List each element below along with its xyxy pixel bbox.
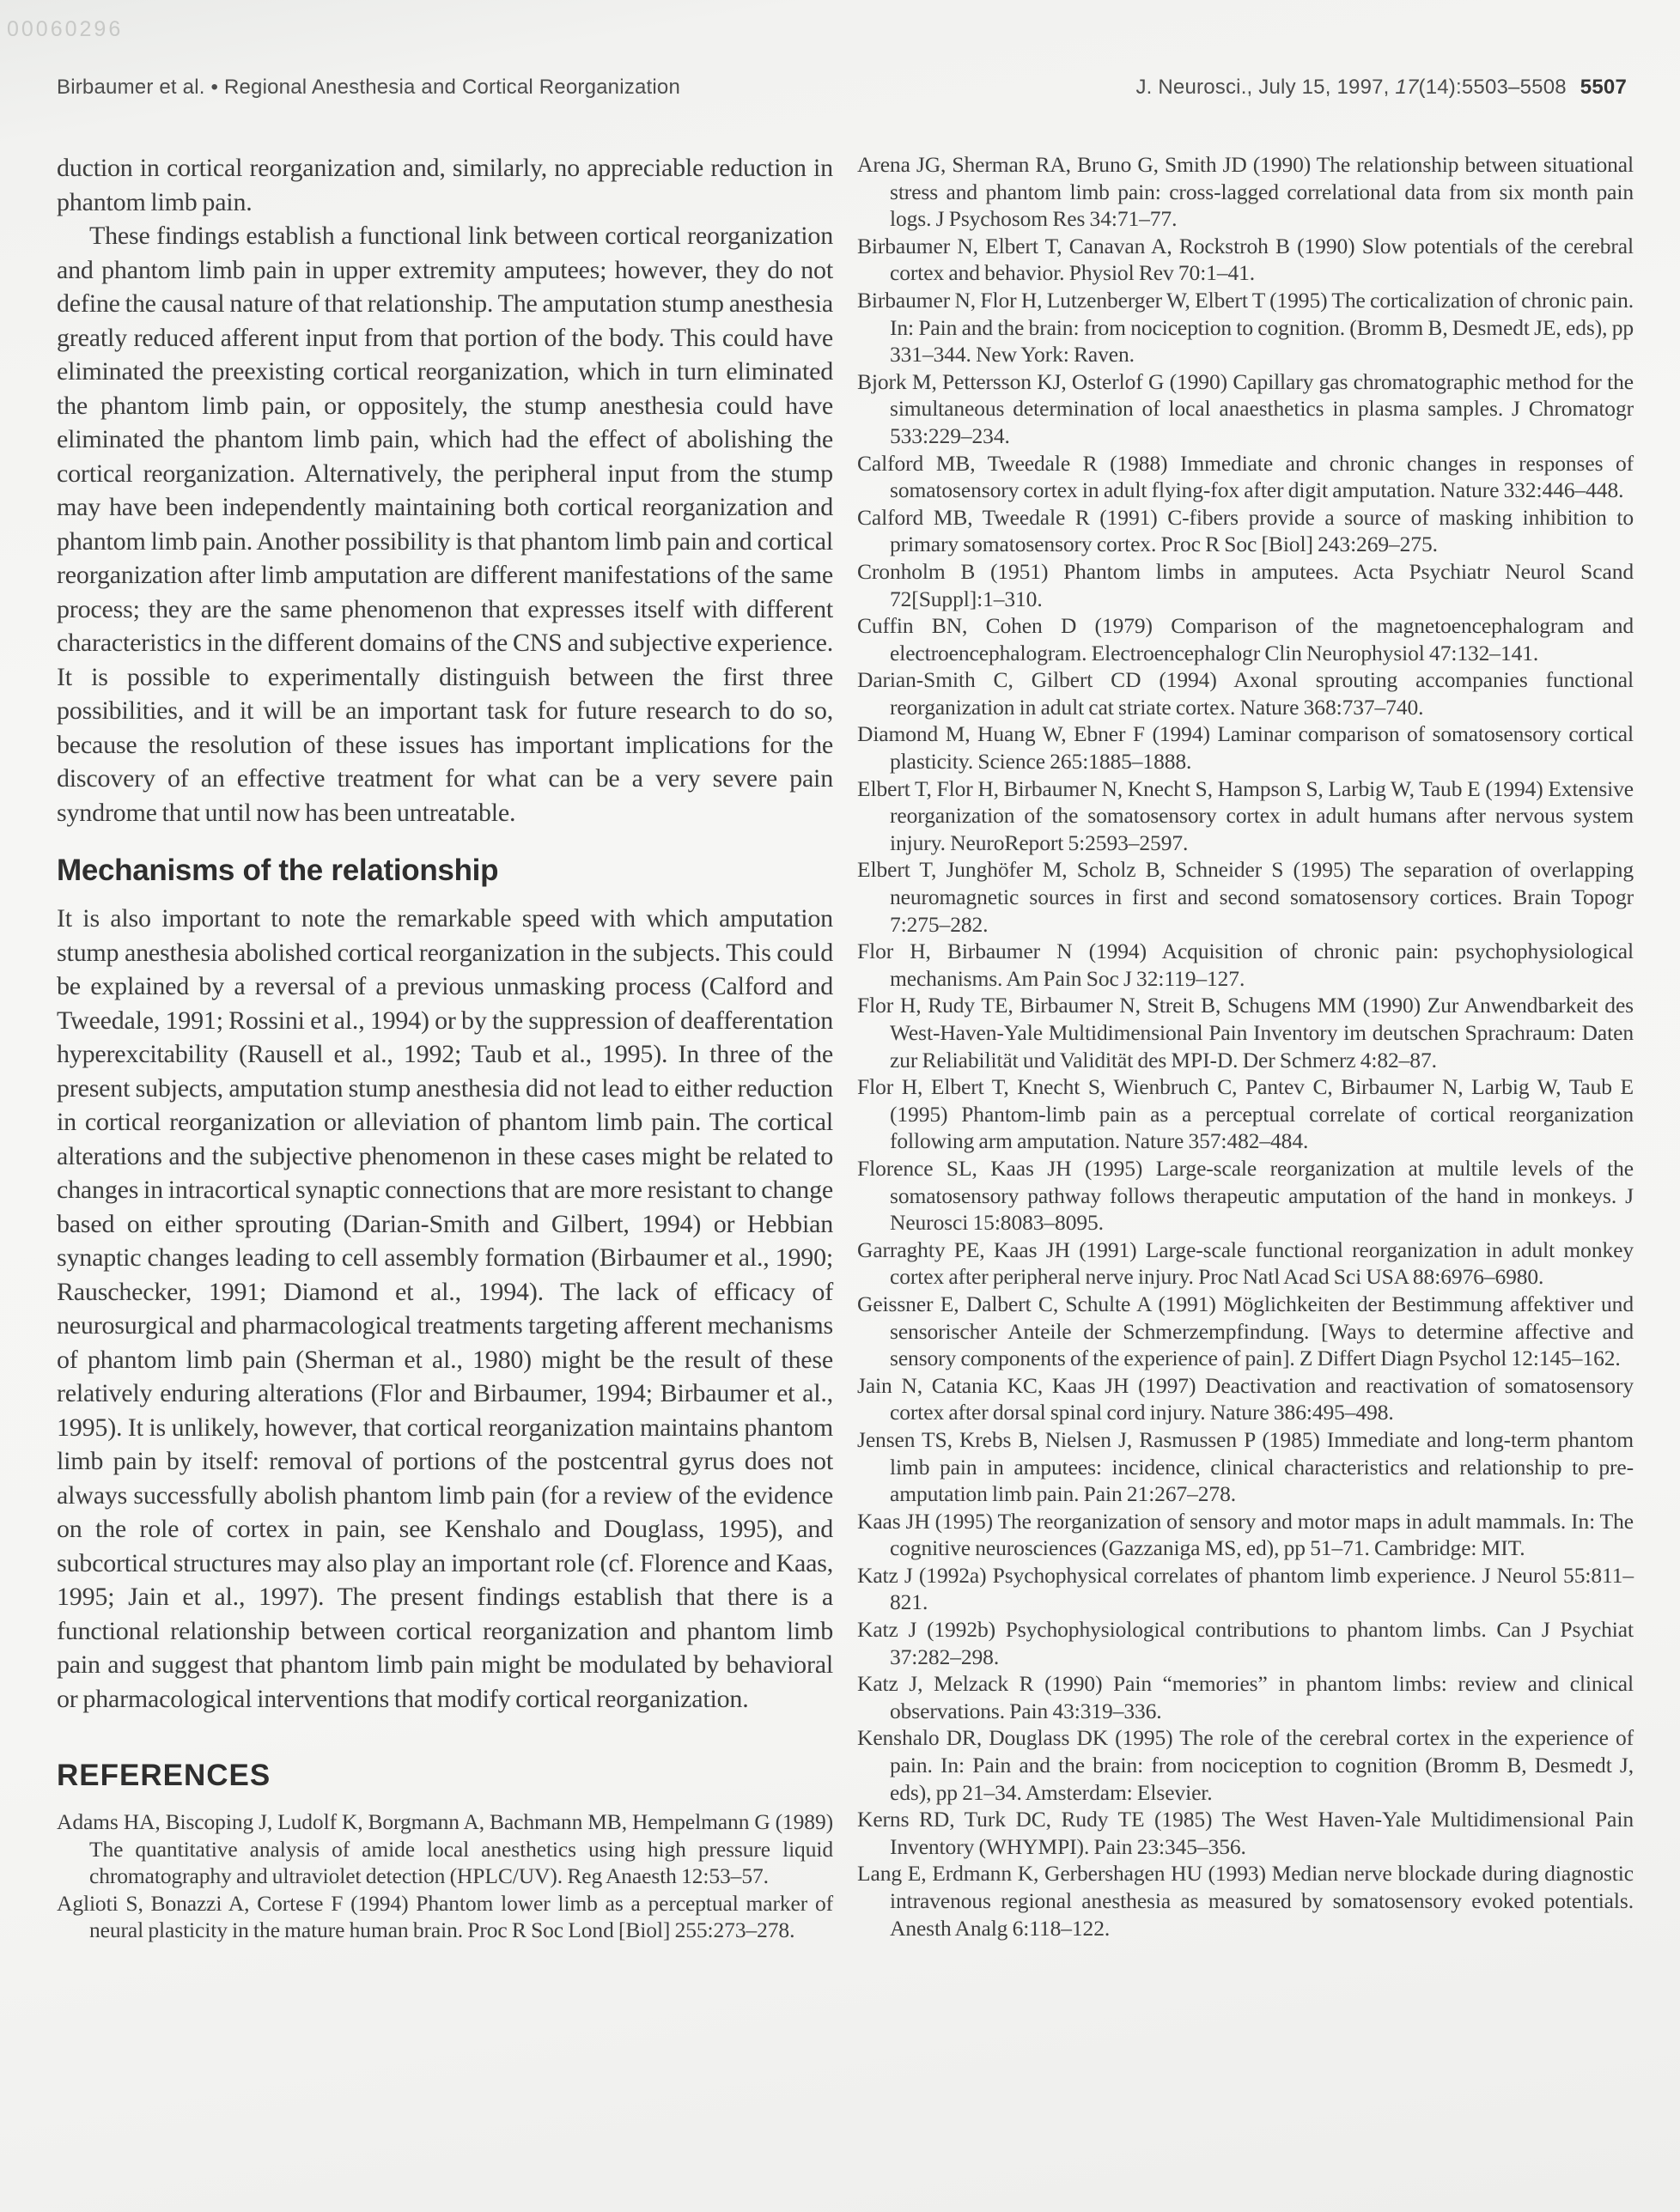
reference-item: Arena JG, Sherman RA, Bruno G, Smith JD … [857, 151, 1634, 233]
scan-id: 00060296 [7, 17, 123, 42]
reference-item: Flor H, Rudy TE, Birbaumer N, Streit B, … [857, 992, 1634, 1073]
journal-citation: J. Neurosci., July 15, 1997, 17(14):5503… [1135, 76, 1627, 100]
reference-item: Lang E, Erdmann K, Gerbershagen HU (1993… [857, 1860, 1634, 1942]
page-number: 5507 [1580, 76, 1627, 99]
reference-item: Kenshalo DR, Douglass DK (1995) The role… [857, 1724, 1634, 1806]
reference-item: Florence SL, Kaas JH (1995) Large-scale … [857, 1155, 1634, 1237]
reference-item: Birbaumer N, Flor H, Lutzenberger W, Elb… [857, 287, 1634, 368]
reference-item: Aglioti S, Bonazzi A, Cortese F (1994) P… [57, 1890, 833, 1944]
reference-item: Darian-Smith C, Gilbert CD (1994) Axonal… [857, 666, 1634, 720]
page-header: Birbaumer et al. • Regional Anesthesia a… [57, 76, 1627, 100]
reference-item: Flor H, Elbert T, Knecht S, Wienbruch C,… [857, 1073, 1634, 1155]
body-paragraph: It is also important to note the remarka… [57, 902, 833, 1716]
body-paragraph: These findings establish a functional li… [57, 219, 833, 829]
reference-item: Kerns RD, Turk DC, Rudy TE (1985) The We… [857, 1806, 1634, 1860]
references-heading: REFERENCES [57, 1759, 833, 1793]
reference-list-right: Arena JG, Sherman RA, Bruno G, Smith JD … [857, 151, 1634, 1942]
reference-item: Flor H, Birbaumer N (1994) Acquisition o… [857, 938, 1634, 992]
reference-item: Elbert T, Junghöfer M, Scholz B, Schneid… [857, 856, 1634, 938]
scanned-paper-page: 00060296 Birbaumer et al. • Regional Ane… [0, 0, 1680, 2212]
reference-item: Elbert T, Flor H, Birbaumer N, Knecht S,… [857, 775, 1634, 857]
running-title: Birbaumer et al. • Regional Anesthesia a… [57, 76, 680, 100]
reference-item: Calford MB, Tweedale R (1988) Immediate … [857, 450, 1634, 504]
reference-item: Jain N, Catania KC, Kaas JH (1997) Deact… [857, 1372, 1634, 1426]
left-column: duction in cortical reorganization and, … [57, 151, 833, 1944]
reference-item: Garraghty PE, Kaas JH (1991) Large-scale… [857, 1237, 1634, 1291]
reference-item: Birbaumer N, Elbert T, Canavan A, Rockst… [857, 233, 1634, 287]
reference-item: Cuffin BN, Cohen D (1979) Comparison of … [857, 612, 1634, 666]
discussion-paragraphs: duction in cortical reorganization and, … [57, 151, 833, 829]
reference-item: Katz J (1992a) Psychophysical correlates… [857, 1562, 1634, 1616]
reference-item: Jensen TS, Krebs B, Nielsen J, Rasmussen… [857, 1426, 1634, 1508]
mechanisms-paragraphs: It is also important to note the remarka… [57, 902, 833, 1716]
reference-item: Calford MB, Tweedale R (1991) C-fibers p… [857, 504, 1634, 558]
reference-item: Kaas JH (1995) The reorganization of sen… [857, 1508, 1634, 1562]
reference-item: Bjork M, Pettersson KJ, Osterlof G (1990… [857, 368, 1634, 450]
reference-item: Diamond M, Huang W, Ebner F (1994) Lamin… [857, 720, 1634, 775]
two-column-body: duction in cortical reorganization and, … [57, 151, 1634, 1944]
journal-info: J. Neurosci., July 15, 1997, [1135, 76, 1395, 99]
reference-item: Adams HA, Biscoping J, Ludolf K, Borgman… [57, 1808, 833, 1890]
reference-list-left: Adams HA, Biscoping J, Ludolf K, Borgman… [57, 1808, 833, 1944]
right-column: Arena JG, Sherman RA, Bruno G, Smith JD … [857, 151, 1634, 1944]
body-paragraph: duction in cortical reorganization and, … [57, 151, 833, 219]
journal-volume: 17 [1395, 76, 1418, 99]
reference-item: Katz J, Melzack R (1990) Pain “memories”… [857, 1670, 1634, 1724]
section-heading-mechanisms: Mechanisms of the relationship [57, 854, 833, 888]
reference-item: Geissner E, Dalbert C, Schulte A (1991) … [857, 1291, 1634, 1372]
reference-item: Cronholm B (1951) Phantom limbs in amput… [857, 558, 1634, 612]
reference-item: Katz J (1992b) Psychophysiological contr… [857, 1616, 1634, 1670]
journal-issue-pages: (14):5503–5508 [1419, 76, 1567, 99]
